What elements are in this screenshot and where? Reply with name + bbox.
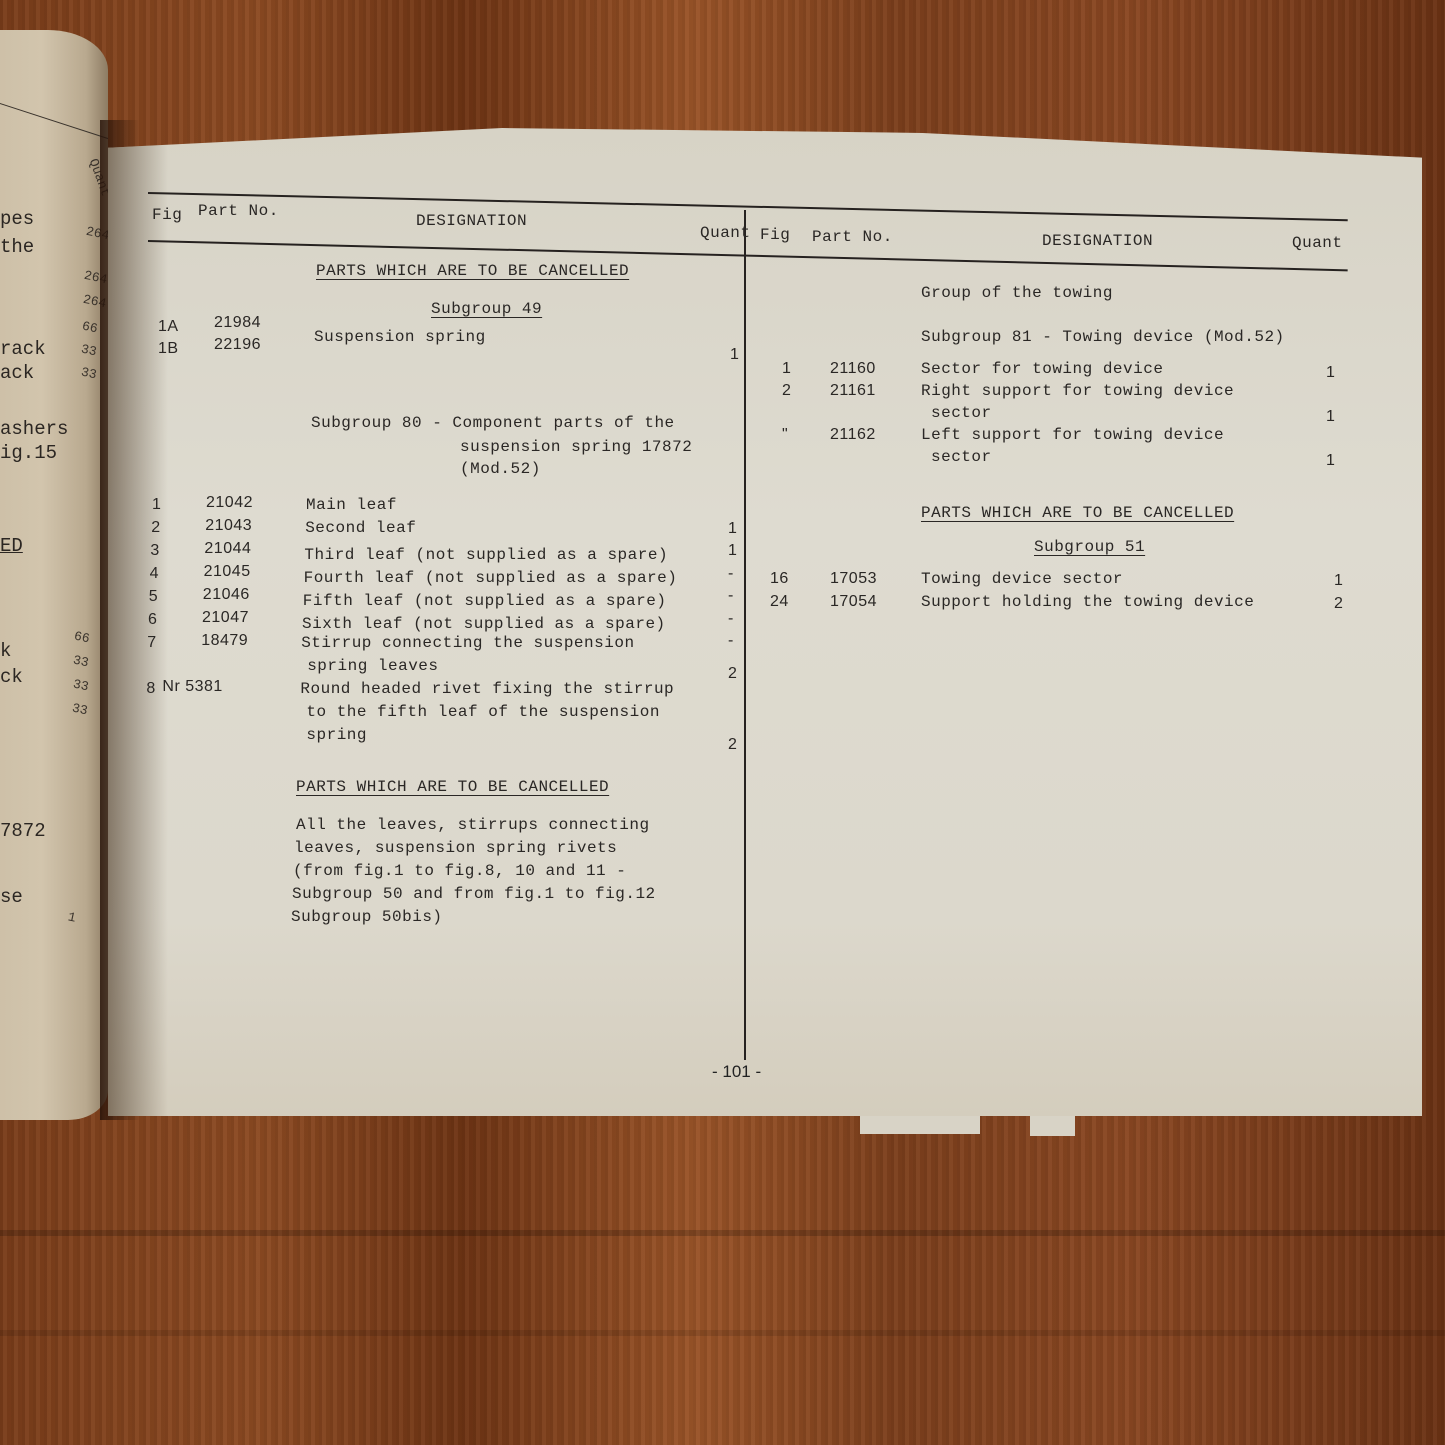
left-quant: 33	[80, 342, 98, 360]
left-quant: 33	[80, 365, 98, 383]
subgroup-title-line: Subgroup 80 - Component parts of the	[311, 414, 675, 432]
row-part-no: 21160	[830, 360, 876, 378]
subgroup-title-line: suspension spring 17872	[460, 438, 692, 456]
note-line: All the leaves, stirrups connecting	[296, 816, 650, 834]
group-title: Group of the towing	[921, 284, 1113, 302]
note-line: Subgroup 50bis)	[291, 908, 443, 926]
left-fragment: ck	[0, 666, 23, 688]
row-fig: 1	[782, 360, 791, 378]
row-fig: 3	[150, 542, 159, 560]
left-fragment: se	[0, 886, 23, 908]
row-fig: 16	[770, 570, 789, 588]
left-fragment: ack	[0, 362, 34, 384]
row-fig: 5	[149, 588, 158, 606]
row-designation: spring	[306, 726, 367, 744]
row-quant: 1	[1334, 572, 1343, 590]
row-designation: Stirrup connecting the suspension	[301, 634, 634, 652]
row-fig: "	[782, 426, 788, 444]
header-designation: DESIGNATION	[416, 212, 527, 230]
row-quant: 2	[728, 665, 737, 683]
subgroup-heading: Subgroup 49	[431, 300, 542, 318]
row-designation: Fourth leaf (not supplied as a spare)	[304, 569, 678, 587]
subgroup-title-line: (Mod.52)	[460, 460, 541, 478]
header-designation: DESIGNATION	[1042, 232, 1153, 250]
note-line: leaves, suspension spring rivets	[294, 839, 617, 857]
left-fragment: ED	[0, 535, 23, 557]
left-fragment: pes	[0, 208, 34, 230]
subgroup-title: Subgroup 81 - Towing device (Mod.52)	[921, 328, 1285, 346]
row-designation: Support holding the towing device	[921, 593, 1254, 611]
row-quant: -	[728, 610, 734, 628]
left-fragment: 7872	[0, 820, 46, 842]
section-heading: PARTS WHICH ARE TO BE CANCELLED	[921, 504, 1234, 522]
left-fragment: the	[0, 236, 34, 258]
row-quant: -	[728, 565, 734, 583]
page-number: - 101 -	[712, 1062, 761, 1082]
left-quant: 66	[73, 629, 91, 647]
row-designation: sector	[931, 404, 992, 422]
row-part-no: 22196	[214, 336, 261, 354]
header-quant: Quant	[700, 224, 751, 242]
row-part-no: 17053	[830, 570, 877, 588]
row-fig: 2	[782, 382, 791, 400]
row-fig: 4	[150, 565, 159, 583]
left-fragment: k	[0, 640, 11, 662]
wood-grain	[0, 1330, 1445, 1336]
row-quant: 1	[1326, 452, 1335, 470]
row-designation: Suspension spring	[314, 328, 486, 346]
row-part-no: 21161	[830, 382, 876, 400]
row-fig: 1	[152, 496, 161, 514]
row-designation: Towing device sector	[921, 570, 1123, 588]
row-part-no: 21984	[214, 314, 261, 332]
note-line: (from fig.1 to fig.8, 10 and 11 -	[293, 862, 626, 880]
left-quant: 33	[72, 677, 90, 695]
row-part-no: 21044	[204, 540, 251, 558]
row-quant: 1	[728, 520, 737, 538]
row-part-no: 21042	[206, 494, 253, 512]
row-part-no: 21045	[204, 563, 251, 581]
row-fig: 2	[151, 519, 160, 537]
left-quant: 33	[72, 653, 90, 671]
row-quant: -	[728, 587, 734, 605]
note-line: Subgroup 50 and from fig.1 to fig.12	[292, 885, 656, 903]
row-quant: 2	[1334, 595, 1343, 613]
row-designation: Third leaf (not supplied as a spare)	[304, 546, 668, 564]
row-designation: Left support for towing device	[921, 426, 1224, 444]
row-part-no: 21043	[205, 517, 252, 535]
row-fig: 24	[770, 593, 789, 611]
row-fig: 6	[148, 611, 157, 629]
row-quant: 1	[1326, 364, 1335, 382]
left-fragment: ashers	[0, 418, 68, 440]
wood-grain	[0, 1230, 1445, 1236]
row-fig: 1B	[158, 340, 179, 358]
left-quant: 66	[81, 319, 99, 337]
row-quant: 1	[1326, 408, 1335, 426]
row-fig: 7	[147, 634, 156, 652]
section-heading: PARTS WHICH ARE TO BE CANCELLED	[316, 262, 629, 280]
row-part-no: 17054	[830, 593, 877, 611]
section-heading: PARTS WHICH ARE TO BE CANCELLED	[296, 778, 609, 796]
row-part-no: Nr 5381	[162, 678, 222, 696]
left-quant: 33	[71, 701, 89, 719]
row-quant: 1	[728, 542, 737, 560]
row-quant: -	[728, 632, 734, 650]
header-fig: Fig	[760, 226, 790, 244]
row-designation: spring leaves	[307, 657, 438, 675]
row-designation: sector	[931, 448, 992, 466]
header-part-no: Part No.	[812, 228, 893, 246]
left-fragment: ig.15	[0, 442, 57, 464]
row-designation: Round headed rivet fixing the stirrup	[300, 680, 674, 698]
row-designation: Right support for towing device	[921, 382, 1234, 400]
header-quant: Quant	[1292, 234, 1343, 252]
column-divider	[744, 210, 746, 1060]
left-page-rule	[0, 90, 108, 147]
row-part-no: 21162	[830, 426, 876, 444]
row-designation: Sector for towing device	[921, 360, 1163, 378]
row-designation: Second leaf	[305, 519, 416, 537]
row-designation: Fifth leaf (not supplied as a spare)	[303, 592, 667, 610]
row-part-no: 21047	[202, 609, 249, 627]
row-part-no: 21046	[203, 586, 250, 604]
row-fig: 1A	[158, 318, 179, 336]
row-designation: to the fifth leaf of the suspension	[306, 703, 660, 721]
row-quant: 2	[728, 736, 737, 754]
row-designation: Main leaf	[306, 496, 397, 514]
subgroup-heading: Subgroup 51	[1034, 538, 1145, 556]
header-fig: Fig	[152, 206, 182, 224]
row-quant: 1	[730, 346, 739, 364]
header-part-no: Part No.	[198, 202, 279, 220]
row-fig: 8	[146, 680, 155, 698]
left-quant: 1	[67, 909, 78, 925]
row-designation: Sixth leaf (not supplied as a spare)	[302, 615, 666, 633]
header-top-rule	[148, 192, 1348, 221]
row-part-no: 18479	[201, 632, 248, 650]
left-fragment: rack	[0, 338, 46, 360]
left-page: Quant pes the rack ack ashers ig.15 ED k…	[0, 30, 108, 1120]
catalog-page: Fig Part No. DESIGNATION Quant PARTS WHI…	[108, 128, 1422, 1116]
